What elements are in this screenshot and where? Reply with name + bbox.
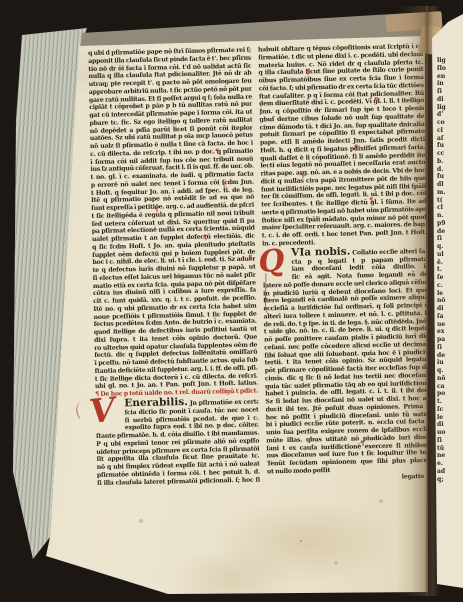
facing-text-fragment: t.: [437, 398, 461, 406]
incipit-Q: QVIa nobis. Collatio ecclīe alteri ſacta…: [262, 244, 428, 282]
facing-text-fragment: ul: [437, 251, 461, 259]
red-paragraph-mark: ¶: [215, 148, 219, 154]
facing-text-fragment: cl: [437, 127, 461, 135]
facing-text-fragment: ſc: [437, 406, 461, 414]
facing-text-fragment: q.: [437, 243, 461, 251]
facing-text-fragment: d.: [437, 166, 461, 174]
facing-text-fragment: en: [437, 73, 461, 81]
facing-text-fragment: co: [437, 119, 461, 127]
facing-text-fragment: q;: [437, 476, 461, 484]
facing-text-fragment: ſi: [437, 88, 461, 96]
facing-text-fragment: cl: [437, 204, 461, 212]
red-paragraph-mark: ¶: [248, 255, 252, 261]
facing-text-fragment: c.: [437, 282, 461, 290]
facing-text-fragment: le: [437, 290, 461, 298]
incipit-side-text: Jn pſirmatiōe ex certa: [188, 398, 259, 407]
facing-text-fragment: di: [437, 96, 461, 104]
facing-text-fragment: ē.: [437, 259, 461, 267]
incipit-side-text: Collatio ecclīe alteri ſa: [350, 247, 425, 256]
facing-text-fragment: di: [437, 421, 461, 429]
facing-text-fragment: ne: [437, 452, 461, 460]
decorated-initial: V: [88, 394, 117, 427]
red-paragraph-mark: ¶: [301, 172, 305, 178]
facing-text-fragment: nō: [437, 297, 461, 305]
facing-text-fragment: t(: [437, 197, 461, 205]
facing-text-fragment: p9: [437, 220, 461, 228]
facing-text-fragment: ſlo: [437, 65, 461, 73]
facing-text-fragment: uo: [437, 429, 461, 437]
facing-text-fragment: dl: [437, 181, 461, 189]
facing-text-fragment: ſi: [437, 344, 461, 352]
facing-text-fragment: m.: [437, 189, 461, 197]
facing-text-fragment: tū: [437, 445, 461, 453]
facing-text-fragment: n.: [437, 212, 461, 220]
initial-swash: [72, 399, 90, 419]
facing-text-fragment: ex: [437, 328, 461, 336]
facing-text-fragment: ſa: [437, 313, 461, 321]
facing-text-fragment: nō: [437, 375, 461, 383]
facing-text-fragment: q.: [437, 367, 461, 375]
red-paragraph-mark: ¶: [369, 197, 373, 203]
red-paragraph-mark: ¶: [222, 182, 226, 188]
book-photograph: (De cōſir. uti. ul' inutili q ubi d pſir…: [0, 0, 463, 602]
red-paragraph-mark: ¶: [354, 144, 358, 150]
facing-text-fragment: aſ: [437, 135, 461, 143]
red-paragraph-mark: ¶: [374, 97, 378, 103]
facing-text-fragment: b.: [437, 158, 461, 166]
facing-text-fragment: po: [437, 390, 461, 398]
text-column-left: q ubi d pſirmatiōe pape nō ſtrī ſūmos pſ…: [88, 47, 260, 488]
facing-text-fragment: ad: [437, 468, 461, 476]
facing-text-fragment: ſi: [437, 437, 461, 445]
incipit-word: VIa nobis.: [291, 245, 350, 258]
facing-text-fragment: ue: [437, 321, 461, 329]
facing-text-fragment: t.: [437, 266, 461, 274]
red-paragraph-mark: ¶: [154, 207, 158, 213]
facing-text-fragment: de: [437, 352, 461, 360]
facing-text-fragment: de: [437, 228, 461, 236]
facing-text-fragment: di: [437, 305, 461, 313]
facing-text-fragment: ſi: [437, 235, 461, 243]
facing-page-text: ligſloeninſidiligd'coclaſfuccb.d.fudlm.t…: [437, 57, 461, 483]
decorated-initial: Q: [257, 245, 286, 278]
red-paragraph-mark: ¶: [305, 69, 309, 75]
red-paragraph-mark: ¶: [203, 235, 207, 241]
initial-tail: [265, 273, 277, 317]
facing-text-fragment: fu: [437, 142, 461, 150]
text-column-right: habuit obſtare q tēpus cōpoſitionis erat…: [258, 43, 432, 484]
incipit-word: Enerabilis.: [124, 396, 188, 409]
facing-text-fragment: iu: [437, 359, 461, 367]
red-paragraph-mark: ¶: [360, 440, 364, 446]
facing-text-fragment: le: [437, 414, 461, 422]
facing-text-fragment: pa: [437, 336, 461, 344]
facing-text-fragment: ca: [437, 383, 461, 391]
incipit-V: VEnerabilis. Jn pſirmatiōe ex certaſcia …: [95, 395, 259, 433]
facing-text-fragment: lig: [437, 104, 461, 112]
facing-text-fragment: fu: [437, 173, 461, 181]
facing-text-fragment: ſe: [437, 274, 461, 282]
facing-text-fragment: lig: [437, 57, 461, 65]
facing-text-fragment: cc: [437, 150, 461, 158]
facing-text-fragment: e.: [437, 460, 461, 468]
facing-text-fragment: d': [437, 111, 461, 119]
facing-text-fragment: in: [437, 80, 461, 88]
